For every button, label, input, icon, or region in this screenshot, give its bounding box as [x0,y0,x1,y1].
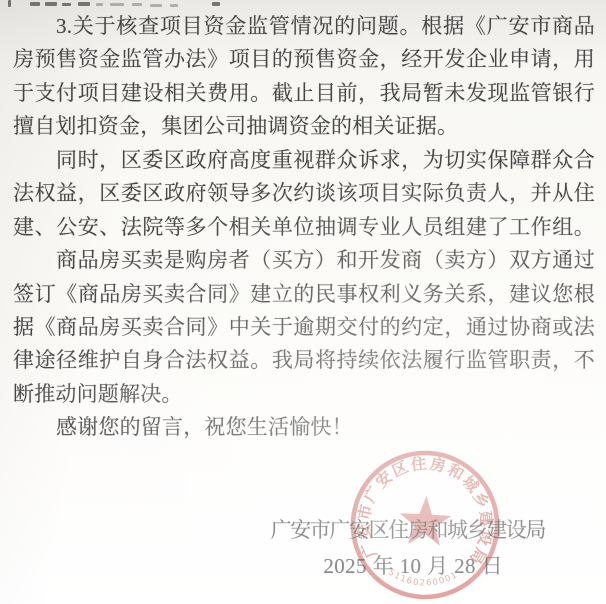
body-line: 断推动问题解决。 [13,378,595,411]
body-line: 律途径维护自身合法权益。我局将持续依法履行监管职责，不 [13,344,595,377]
body-line: 房预售资金监管办法》项目的预售资金，经开发企业申请，用 [13,43,595,76]
body-line: 据《商品房买卖合同》中关于逾期交付的约定，通过协商或法 [13,311,595,344]
body-line: 3.关于核查项目资金监管情况的问题。根据《广安市商品 [13,10,595,43]
body-line: 法权益，区委区政府领导多次约谈该项目实际负责人，并从住 [13,177,595,210]
body-line: 于支付项目建设相关费用。截止目前，我局暂未发现监管银行 [13,77,595,110]
body-line: 建、公安、法院等多个相关单位抽调专业人员组建了工作组。 [13,211,595,244]
body-line: 擅自划扣资金，集团公司抽调资金的相关证据。 [13,110,595,143]
document-page: 3.关于核查项目资金监管情况的问题。根据《广安市商品 房预售资金监管办法》项目的… [0,0,606,604]
body-line: 商品房买卖是购房者（买方）和开发商（卖方）双方通过 [13,244,595,277]
closing-line: 感谢您的留言，祝您生活愉快！ [13,411,595,444]
letter-body: 3.关于核查项目资金监管情况的问题。根据《广安市商品 房预售资金监管办法》项目的… [13,10,595,445]
seal-star-icon [398,495,452,546]
body-line: 同时，区委区政府高度重视群众诉求，为切实保障群众合 [13,144,595,177]
body-line: 签订《商品房买卖合同》建立的民事权利义务关系，建议您根 [13,278,595,311]
official-seal: 广安市广安区住房和城乡建设局 5116026000164 [345,445,505,604]
